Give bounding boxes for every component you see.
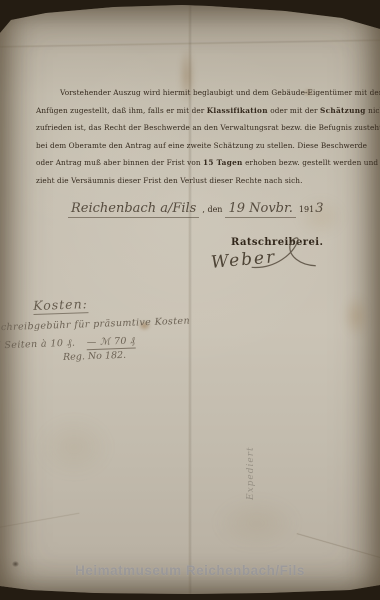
dateline-year-digit: 3 [315,201,323,216]
paragraph-line: oder Antrag muß aber binnen der Frist vo… [36,154,345,172]
sum-left: 7 Seiten à 10 ₰. [0,338,76,352]
signature: Weber [210,247,277,273]
dateline-den-printed: , den [202,205,222,214]
signature-flourish [247,232,320,278]
dateline-place: Reichenbach a/Fils [68,201,199,218]
paragraph-line: zufrieden ist, das Recht der Beschwerde … [36,119,345,137]
stain-right-middle [342,294,370,338]
paragraph-line: Anfügen zugestellt, daß ihm, falls er mi… [36,102,345,120]
stain-left-lower-soft [36,416,112,478]
cost-notes-fee-line: Schreibgebühr für präsumtive Kosten [0,316,190,334]
sum-right: — ℳ 70 ₰ [87,335,136,350]
museum-watermark: Heimatmuseum Reichenbach/Fils [0,563,380,578]
stain-bottom-center-soft [214,496,300,550]
vertical-pencil-note: Expediert [246,408,256,500]
printed-paragraph: Vorstehender Auszug wird hiermit beglaub… [36,84,345,190]
cost-notes-heading: Kosten: [33,296,88,315]
dateline: Reichenbach a/Fils , den 19 Novbr. 191 3 [68,201,323,218]
paragraph-line: Vorstehender Auszug wird hiermit beglaub… [36,84,345,102]
paragraph-line: zieht die Versäumnis dieser Frist den Ve… [36,172,345,190]
crease-bottom-right [296,533,380,560]
paragraph-line: bei dem Oberamte den Antrag auf eine zwe… [36,137,345,155]
horizontal-crease-top [0,39,380,49]
crease-bottom-left [0,512,79,530]
photographed-document: Vorstehender Auszug wird hiermit beglaub… [0,0,380,600]
dateline-year-printed: 191 [299,205,314,214]
paper-sheet: Vorstehender Auszug wird hiermit beglaub… [0,0,380,600]
dateline-date: 19 Novbr. [225,201,295,218]
cost-notes: Kosten: Schreibgebühr für präsumtive Kos… [0,290,191,366]
cost-notes-register-line: Reg. No 182. [63,348,191,363]
